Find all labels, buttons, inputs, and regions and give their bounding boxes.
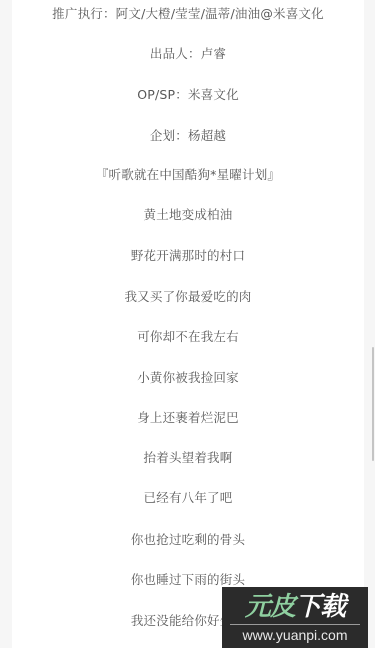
lyric-line: 我又买了你最爱吃的肉 [12,288,364,306]
watermark-overlay: 元皮 下载 www.yuanpi.com [222,587,368,648]
watermark-brand-green: 元皮 [245,592,295,622]
lyric-line: 已经有八年了吧 [12,489,364,507]
lyric-line: 你也抢过吃剩的骨头 [12,531,364,549]
lyrics-panel: 推广执行：阿文/大橙/莹莹/温蒂/油油@米喜文化 出品人：卢睿 OP/SP：米喜… [12,0,364,648]
lyric-line: 黄土地变成柏油 [12,206,364,224]
watermark-logo: 元皮 下载 [228,592,362,622]
watermark-brand-white: 下载 [295,592,345,622]
lyric-line: 企划：杨超越 [12,127,364,145]
lyric-line: 身上还裹着烂泥巴 [12,409,364,427]
watermark-url: www.yuanpi.com [228,626,362,644]
lyric-line: 推广执行：阿文/大橙/莹莹/温蒂/油油@米喜文化 [12,5,364,23]
lyric-line: 抬着头望着我啊 [12,449,364,467]
lyric-line: 小黄你被我捡回家 [12,369,364,387]
scrollbar-thumb[interactable] [372,347,374,461]
watermark-divider [230,624,360,625]
lyric-line: 『听歌就在中国酷狗*星曜计划』 [12,166,364,184]
lyric-line: 可你却不在我左右 [12,328,364,346]
lyric-line: 野花开满那时的村口 [12,247,364,265]
lyric-line: OP/SP：米喜文化 [12,86,364,104]
lyric-line: 出品人：卢睿 [12,45,364,63]
